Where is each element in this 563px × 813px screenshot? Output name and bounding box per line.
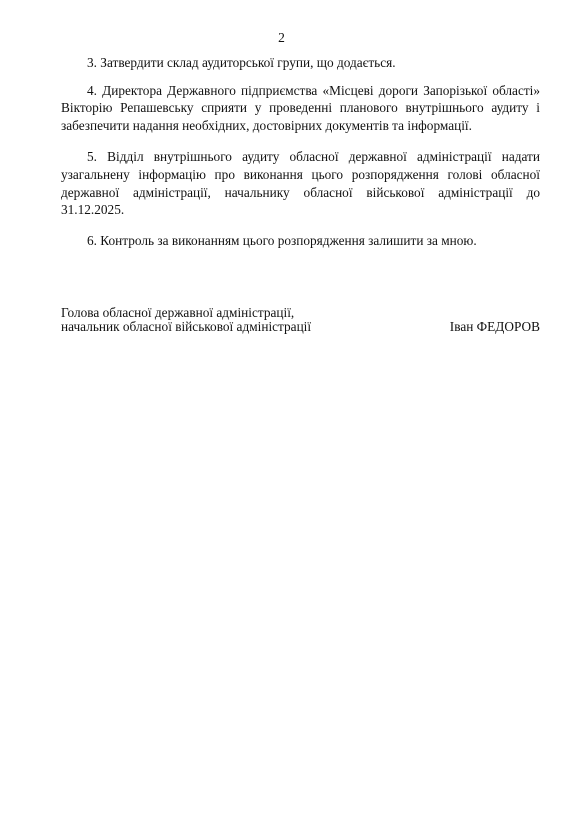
document-body: 3. Затвердити склад аудиторської групи, … [61, 54, 540, 249]
page-number: 2 [0, 30, 563, 46]
signatory-position: Голова обласної державної адміністрації,… [61, 306, 311, 333]
position-line-2: начальник обласної військової адміністра… [61, 320, 311, 334]
signature-block: Голова обласної державної адміністрації,… [61, 306, 540, 333]
document-page: 2 3. Затвердити склад аудиторської групи… [0, 0, 563, 813]
paragraph-4: 4. Директора Державного підприємства «Мі… [61, 82, 540, 135]
paragraph-3: 3. Затвердити склад аудиторської групи, … [61, 54, 540, 72]
position-line-1: Голова обласної державної адміністрації, [61, 306, 311, 320]
paragraph-6: 6. Контроль за виконанням цього розпоряд… [61, 232, 540, 250]
paragraph-5: 5. Відділ внутрішнього аудиту обласної д… [61, 148, 540, 218]
signatory-name: Іван ФЕДОРОВ [450, 320, 540, 334]
